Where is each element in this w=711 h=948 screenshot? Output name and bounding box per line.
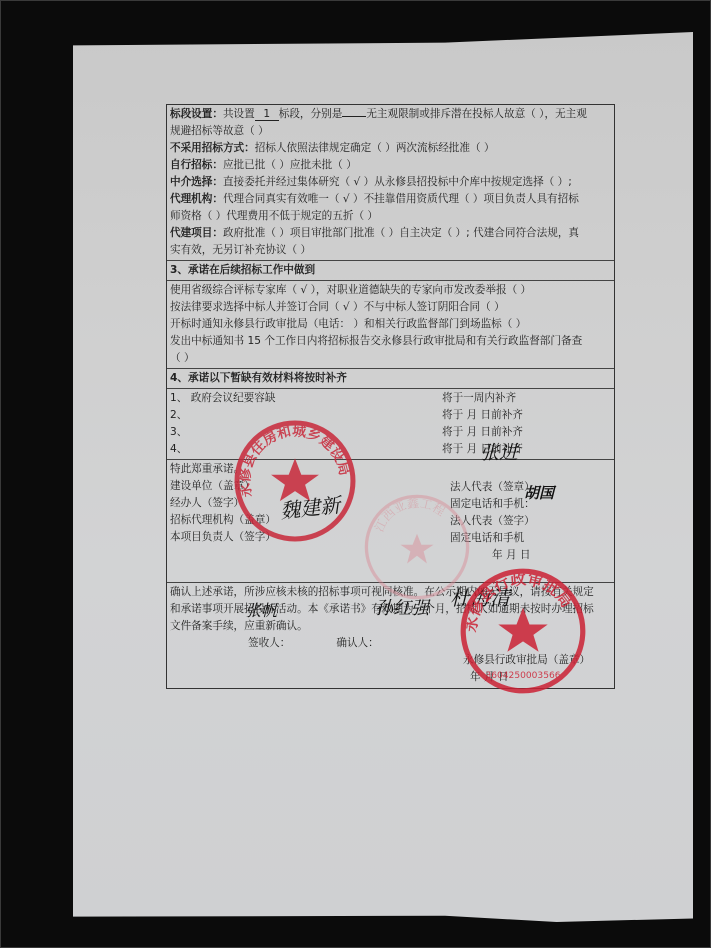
agency-legal-rep-label: 法人代表（签字） bbox=[450, 513, 535, 530]
agency-label: 招标代理机构（盖章） bbox=[170, 512, 276, 529]
legal-rep-label: 法人代表（签章） bbox=[450, 479, 535, 496]
project-lead-label: 本项目负责人（签字） bbox=[170, 529, 276, 546]
list-item: 1、 政府会议纪要容缺将于一周内补齐 bbox=[170, 390, 611, 407]
sign-date: 年 月 日 bbox=[450, 547, 535, 564]
section-4-body: 1、 政府会议纪要容缺将于一周内补齐 2、将于 月 日前补齐 3、将于 月 日前… bbox=[167, 389, 614, 460]
bureau-label: 永修县行政审批局（盖章） bbox=[170, 652, 611, 669]
section-4-heading: 4、承诺以下暂缺有效材料将按时补齐 bbox=[167, 369, 614, 389]
section-count-field: 1 bbox=[255, 108, 279, 121]
bid-settings-section: 标段设置：共设置1标段，分别是无主观限制或排斥潜在投标人故意（ ），无主观 规避… bbox=[167, 105, 614, 261]
section-names-field bbox=[342, 116, 366, 117]
phone-label: 固定电话和手机： bbox=[450, 496, 535, 513]
handler-label: 经办人（签字） bbox=[170, 495, 276, 512]
list-item: 4、将于 月 日前补齐 bbox=[170, 441, 611, 458]
agency-phone-label: 固定电话和手机 bbox=[450, 530, 535, 547]
construction-unit-label: 建设单位（盖章） bbox=[170, 478, 276, 495]
section-3-heading: 3、承诺在后续招标工作中做到 bbox=[167, 261, 614, 281]
signatures-section: 特此郑重承诺。 建设单位（盖章） 经办人（签字） 招标代理机构（盖章） 本项目负… bbox=[167, 460, 614, 583]
section-3-body: 使用省级综合评标专家库（ √ ），对职业道德缺失的专家向市发改委举报（ ） 按法… bbox=[167, 281, 614, 369]
commitment-form-table: 标段设置：共设置1标段，分别是无主观限制或排斥潜在投标人故意（ ），无主观 规避… bbox=[166, 104, 615, 689]
list-item: 2、将于 月 日前补齐 bbox=[170, 407, 611, 424]
confirm-date: 年 月 日 bbox=[170, 669, 611, 686]
list-item: 3、将于 月 日前补齐 bbox=[170, 424, 611, 441]
confirmation-section: 确认上述承诺，所涉应核未核的招标事项可视同核准。在公示期内如无异议，请按有关规定… bbox=[167, 583, 614, 688]
